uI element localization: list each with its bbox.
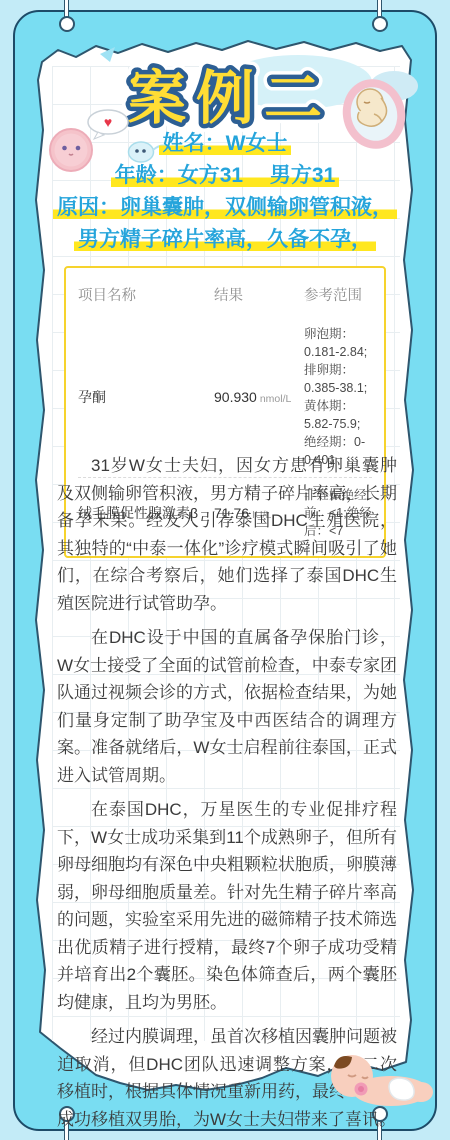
patient-name-line: 姓名：W女士 [0, 128, 450, 160]
item-result: 90.930nmol/L [214, 389, 300, 405]
patient-age-line: 年龄：女方31 男方31 [0, 160, 450, 192]
article-paragraph: 31岁W女士夫妇，因女方患有卵巢囊肿及双侧输卵管积液，男方精子碎片率高，长期备孕… [57, 452, 397, 617]
patient-age-text: 年龄：女方31 男方31 [111, 164, 340, 187]
article-paragraph: 在DHC设于中国的直属备孕保胎门诊，W女士接受了全面的试管前检查，中泰专家团队通… [57, 624, 397, 789]
table-header-row: 项目名称 结果 参考范围 [78, 278, 372, 317]
patient-name-text: 姓名：W女士 [159, 132, 292, 155]
case-poster: 案例二 案例二 案例二 ♥ [0, 0, 450, 1140]
reference-range: 卵泡期：0.181-2.84;排卵期：0.385-38.1;黄体期：5.82-7… [304, 325, 372, 469]
column-header-reference: 参考范围 [304, 284, 372, 305]
article-paragraph: 在泰国DHC，万星医生的专业促排疗程下，W女士成功采集到11个成熟卵子，但所有卵… [57, 796, 397, 1016]
column-header-result: 结果 [214, 284, 300, 305]
sleeping-baby-icon [316, 1044, 436, 1110]
reason-line-2: 男方精子碎片率高，久备不孕， [0, 224, 450, 256]
column-header-item: 项目名称 [78, 284, 210, 305]
reason-line-1: 原因：卵巢囊肿，双侧输卵管积液， [0, 192, 450, 224]
case-article: 31岁W女士夫妇，因女方患有卵巢囊肿及双侧输卵管积液，男方精子碎片率高，长期备孕… [57, 452, 397, 1140]
result-value: 90.930 [214, 389, 257, 405]
grommet-ring-icon [59, 16, 75, 32]
grommet-ring-icon [372, 16, 388, 32]
item-name: 孕酮 [78, 387, 210, 407]
deco-triangle [100, 47, 115, 62]
patient-info: 姓名：W女士 年龄：女方31 男方31 原因：卵巢囊肿，双侧输卵管积液， 男方精… [0, 128, 450, 256]
result-unit: nmol/L [260, 393, 292, 405]
reason-text-2: 男方精子碎片率高，久备不孕， [74, 228, 376, 251]
reason-text-1: 原因：卵巢囊肿，双侧输卵管积液， [53, 196, 397, 219]
